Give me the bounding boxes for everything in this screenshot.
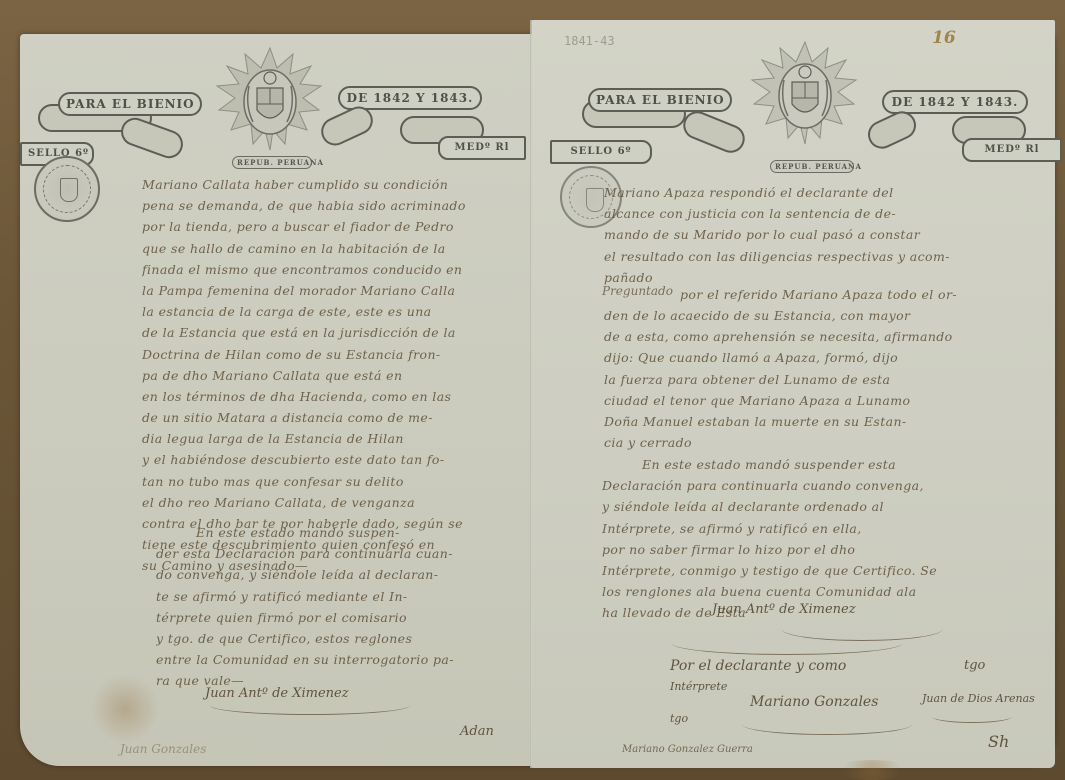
letterhead-left: PARA EL BIENIO SELLO 6º REPUB. PERUANA D… xyxy=(20,44,532,184)
paper-stain xyxy=(832,760,912,780)
text-line: en los términos de dha Hacienda, como en… xyxy=(142,386,466,407)
signature-flourish xyxy=(742,714,912,735)
text-line: alcance con justicia con la sentencia de… xyxy=(604,203,950,224)
text-line: por la tienda, pero a buscar el fiador d… xyxy=(142,216,466,237)
text-line: pena se demanda, de que habia sido acrim… xyxy=(142,195,466,216)
handwritten-body-part2-cont: den de lo acaecido de su Estancia, con m… xyxy=(604,305,953,453)
text-line: te se afirmó y ratificó mediante el In- xyxy=(156,586,454,607)
text-line: den de lo acaecido de su Estancia, con m… xyxy=(604,305,953,326)
faded-note: Juan Gonzales xyxy=(120,742,206,756)
ribbon-sello: SELLO 6º xyxy=(550,140,652,164)
letterhead-right: PARA EL BIENIO SELLO 6º REPUB. PERUANA D… xyxy=(532,44,1055,184)
text-line: ciudad el tenor que Mariano Apaza a Luna… xyxy=(604,390,953,411)
text-line: tan no tubo mas que confesar su delito xyxy=(142,471,466,492)
text-line: de la Estancia que está en la jurisdicci… xyxy=(142,322,466,343)
handwritten-body-part3: En este estado mandó suspender esta Decl… xyxy=(602,454,937,624)
crest-banner: REPUB. PERUANA xyxy=(770,160,854,173)
ribbon-curl xyxy=(117,114,187,162)
text-line: Doctrina de Hilan como de su Estancia fr… xyxy=(142,344,466,365)
text-line: Intérprete, se afirmó y ratificó en ella… xyxy=(602,518,937,539)
signature-tgo-2: tgo xyxy=(670,712,688,725)
peru-coat-of-arms-icon xyxy=(750,40,860,150)
text-line: la estancia de la carga de este, este es… xyxy=(142,301,466,322)
ribbon-para-el-bienio: PARA EL BIENIO xyxy=(58,92,202,116)
margin-word-preguntado: Preguntado xyxy=(602,284,673,298)
text-line: la Pampa femenina del morador Mariano Ca… xyxy=(142,280,466,301)
handwritten-body-part2: por el referido Mariano Apaza todo el or… xyxy=(680,284,957,305)
ribbon-curl xyxy=(317,102,378,150)
text-line: finada el mismo que encontramos conducid… xyxy=(142,259,466,280)
ribbon-curl xyxy=(679,107,749,157)
text-line: Mariano Callata haber cumplido su condic… xyxy=(142,174,466,195)
official-seal-stamp xyxy=(34,156,100,222)
signature-flourish xyxy=(932,710,1012,723)
handwritten-body-part1: Mariano Apaza respondió el declarante de… xyxy=(604,182,950,288)
signature-flourish xyxy=(672,632,902,655)
ribbon-medio-real: MEDº Rl xyxy=(438,136,526,160)
text-line: En este estado mandó suspen- xyxy=(156,522,454,543)
crest-banner: REPUB. PERUANA xyxy=(232,156,312,169)
peru-coat-of-arms-icon xyxy=(215,46,325,156)
signature-tgo: tgo xyxy=(964,658,985,673)
signature-mariano-gonzales: Mariano Gonzales xyxy=(750,694,878,710)
right-page: 1841-43 16 PARA EL BIENIO SELLO 6º REPUB… xyxy=(532,20,1055,768)
left-page: PARA EL BIENIO SELLO 6º REPUB. PERUANA D… xyxy=(20,34,532,766)
text-line: Intérprete, conmigo y testigo de que Cer… xyxy=(602,560,937,581)
text-line: Declaración para continuarla cuando conv… xyxy=(602,475,937,496)
text-line: cia y cerrado xyxy=(604,432,953,453)
text-line: dia legua larga de la Estancia de Hilan xyxy=(142,428,466,449)
signature-juan-de-dios: Juan de Dios Arenas xyxy=(922,692,1035,705)
text-line: por el referido Mariano Apaza todo el or… xyxy=(680,284,957,305)
text-line: y siéndole leída al declarante ordenado … xyxy=(602,496,937,517)
text-line: entre la Comunidad en su interrogatorio … xyxy=(156,649,454,670)
text-line: de un sitio Matara a distancia como de m… xyxy=(142,407,466,428)
text-line: la fuerza para obtener del Lunamo de est… xyxy=(604,369,953,390)
text-line: Doña Manuel estaban la muerte en su Esta… xyxy=(604,411,953,432)
text-line: el resultado con las diligencias respect… xyxy=(604,246,950,267)
signature-rubric: Sh xyxy=(988,732,1009,751)
text-line: los renglones ala buena cuenta Comunidad… xyxy=(602,581,937,602)
handwritten-body-part2: En este estado mandó suspen- der esta De… xyxy=(156,522,454,692)
signature-interprete: Intérprete xyxy=(670,680,727,693)
text-line: dijo: Que cuando llamó a Apaza, formó, d… xyxy=(604,347,953,368)
text-line: der esta Declaración para continuarla cu… xyxy=(156,543,454,564)
ribbon-para-el-bienio: PARA EL BIENIO xyxy=(588,88,732,112)
text-line: do convenga, y siéndole leída al declara… xyxy=(156,564,454,585)
handwritten-body-part1: Mariano Callata haber cumplido su condic… xyxy=(142,174,466,577)
text-line: Mariano Apaza respondió el declarante de… xyxy=(604,182,950,203)
text-line: el dho reo Mariano Callata, de venganza xyxy=(142,492,466,513)
signature-line-declarante: Por el declarante y como xyxy=(670,658,846,674)
paper-stain xyxy=(90,674,160,744)
text-line: térprete quien firmó por el comisario xyxy=(156,607,454,628)
text-line: que se hallo de camino en la habitación … xyxy=(142,238,466,259)
text-line: por no saber firmar lo hizo por el dho xyxy=(602,539,937,560)
signature-adan: Adan xyxy=(460,724,494,739)
text-line: de a esta, como aprehensión se necesita,… xyxy=(604,326,953,347)
ribbon-medio-real: MEDº Rl xyxy=(962,138,1062,162)
text-line: En este estado mandó suspender esta xyxy=(602,454,937,475)
text-line: y tgo. de que Certifico, estos reglones xyxy=(156,628,454,649)
closing-signature: Juan Antº de Ximenez xyxy=(712,602,856,617)
text-line: y el habiéndose descubierto este dato ta… xyxy=(142,449,466,470)
signature-flourish xyxy=(210,696,410,715)
text-line: mando de su Marido por lo cual pasó a co… xyxy=(604,224,950,245)
signature-mariano-gonzalez-guerra: Mariano Gonzalez Guerra xyxy=(622,744,753,755)
text-line: pa de dho Mariano Callata que está en xyxy=(142,365,466,386)
